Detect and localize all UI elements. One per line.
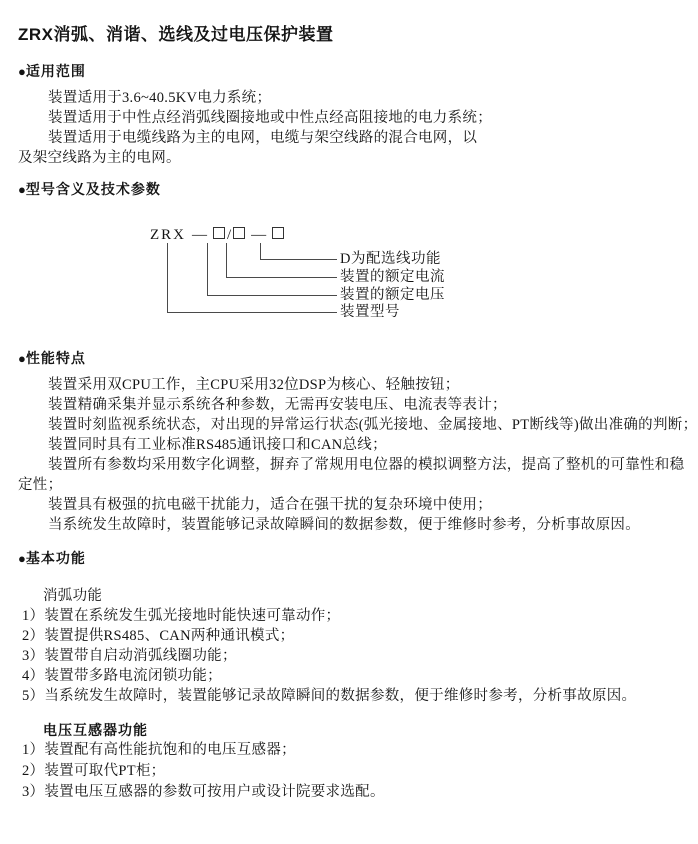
diagram-label-model: 装置型号 xyxy=(340,304,400,320)
bullet-icon: ● xyxy=(18,551,26,566)
diagram-label-voltage: 装置的额定电压 xyxy=(340,287,445,303)
scope-line: 装置适用于3.6~40.5KV电力系统； xyxy=(18,88,692,108)
arc-item: 3）装置带自启动消弧线圈功能； xyxy=(18,646,692,666)
arc-item: 5）当系统发生故障时，装置能够记录故障瞬间的数据参数，便于维修时参考，分析事故原… xyxy=(18,686,692,706)
page-title: ZRX消弧、消谐、选线及过电压保护装置 xyxy=(18,24,692,46)
pt-item: 2）装置可取代PT柜； xyxy=(18,761,692,782)
arc-item: 1）装置在系统发生弧光接地时能快速可靠动作； xyxy=(18,606,692,626)
feature-line: 装置所有参数均采用数字化调整，摒弃了常规用电位器的模拟调整方法，提高了整机的可靠… xyxy=(18,455,692,475)
model-code: ZRX—/— xyxy=(150,227,284,243)
model-dash: — xyxy=(251,227,266,243)
feature-line: 装置具有极强的抗电磁干扰能力，适合在强干扰的复杂环境中使用； xyxy=(18,495,692,515)
bullet-icon: ● xyxy=(18,351,26,366)
section-heading-features: ●性能特点 xyxy=(18,349,692,368)
bullet-icon: ● xyxy=(18,64,26,79)
feature-line: 定性； xyxy=(18,475,692,495)
diagram-label-current: 装置的额定电流 xyxy=(340,269,445,285)
feature-line: 装置采用双CPU工作，主CPU采用32位DSP为核心、轻触按钮； xyxy=(18,375,692,395)
model-box-current xyxy=(233,227,245,239)
pt-item: 3）装置电压互感器的参数可按用户或设计院要求选配。 xyxy=(18,782,692,803)
document-page: ZRX消弧、消谐、选线及过电压保护装置 ●适用范围 装置适用于3.6~40.5K… xyxy=(0,0,698,844)
section-heading-basic-label: 基本功能 xyxy=(26,550,86,566)
scope-line: 装置适用于中性点经消弧线圈接地或中性点经高阻接地的电力系统； xyxy=(18,108,692,128)
model-designation-diagram: ZRX—/— D为配选线功能 装置的额定电流 装置的额定电压 装置型号 xyxy=(18,227,692,327)
section-heading-features-label: 性能特点 xyxy=(26,350,86,366)
diagram-label-function: D为配选线功能 xyxy=(340,251,441,267)
scope-line: 及架空线路为主的电网。 xyxy=(18,148,692,168)
bullet-icon: ● xyxy=(18,182,26,197)
arc-item: 2）装置提供RS485、CAN两种通讯模式； xyxy=(18,626,692,646)
feature-line: 装置同时具有工业标准RS485通讯接口和CAN总线； xyxy=(18,435,692,455)
section-heading-model-label: 型号含义及技术参数 xyxy=(26,181,161,197)
section-heading-scope: ●适用范围 xyxy=(18,62,692,81)
model-box-voltage xyxy=(213,227,225,239)
model-dash: — xyxy=(192,227,207,243)
arc-item: 4）装置带多路电流闭锁功能； xyxy=(18,666,692,686)
pt-item: 1）装置配有高性能抗饱和的电压互感器； xyxy=(18,740,692,761)
section-heading-scope-label: 适用范围 xyxy=(26,63,86,79)
model-box-function xyxy=(272,227,284,239)
connector-line-model xyxy=(167,243,337,313)
model-slash: / xyxy=(227,227,231,243)
section-heading-basic: ●基本功能 xyxy=(18,549,692,568)
model-prefix: ZRX xyxy=(150,227,186,243)
subsection-title-pt: 电压互感器功能 xyxy=(43,720,692,740)
feature-line: 装置时刻监视系统状态，对出现的异常运行状态(弧光接地、金属接地、PT断线等)做出… xyxy=(18,415,692,435)
feature-line: 装置精确采集并显示系统各种参数，无需再安装电压、电流表等表计； xyxy=(18,395,692,415)
section-heading-model: ●型号含义及技术参数 xyxy=(18,180,692,199)
subsection-title-arc: 消弧功能 xyxy=(43,586,692,606)
feature-line: 当系统发生故障时，装置能够记录故障瞬间的数据参数，便于维修时参考，分析事故原因。 xyxy=(18,515,692,535)
scope-line: 装置适用于电缆线路为主的电网，电缆与架空线路的混合电网，以 xyxy=(18,128,692,148)
